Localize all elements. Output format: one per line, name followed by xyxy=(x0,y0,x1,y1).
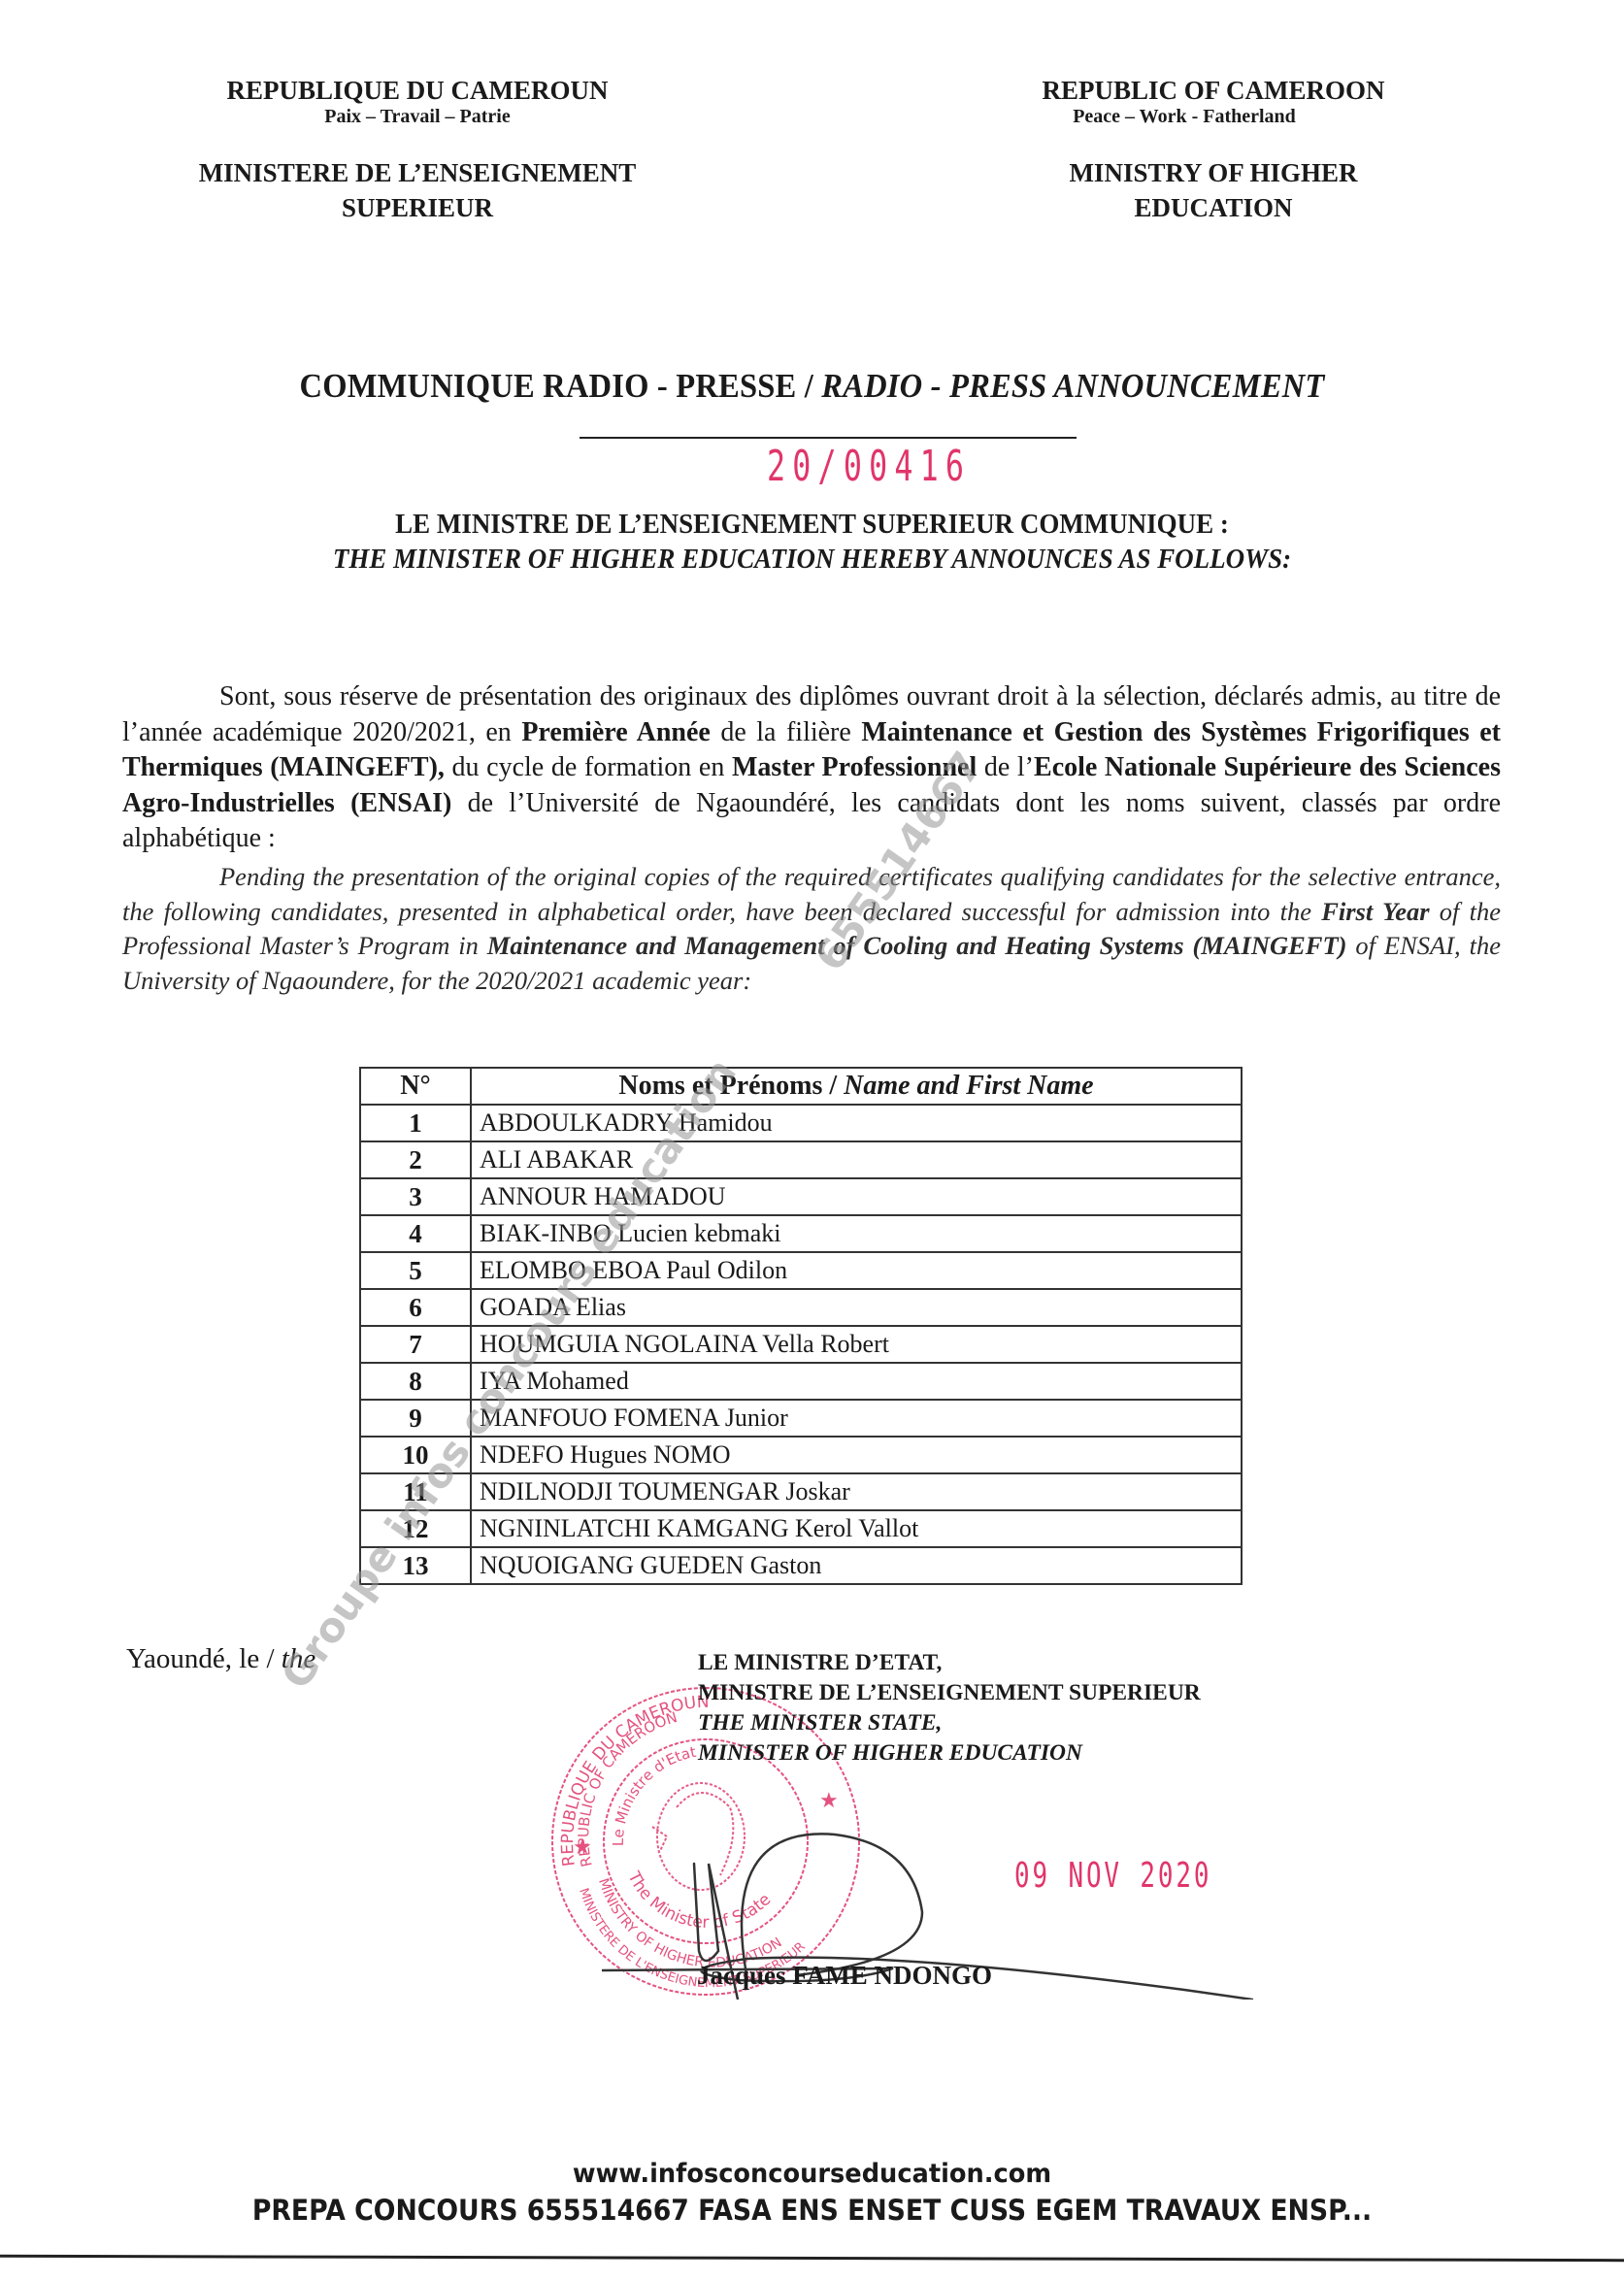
candidate-number: 2 xyxy=(360,1141,471,1178)
table-row: 1ABDOULKADRY Hamidou xyxy=(360,1105,1242,1141)
table-header-row: N° Noms et Prénoms / Name and First Name xyxy=(360,1068,1242,1105)
signatory-title-en-1: THE MINISTER STATE, xyxy=(698,1708,1201,1738)
candidate-number: 3 xyxy=(360,1178,471,1215)
candidate-name: NDEFO Hugues NOMO xyxy=(471,1437,1242,1473)
body-paragraph-en: Pending the presentation of the original… xyxy=(122,860,1501,998)
announcement-heading-fr: LE MINISTRE DE L’ENSEIGNEMENT SUPERIEUR … xyxy=(57,509,1568,541)
communique-title-en: RADIO - PRESS ANNOUNCEMENT xyxy=(821,367,1324,405)
announcement-heading-en: THE MINISTER OF HIGHER EDUCATION HEREBY … xyxy=(57,544,1568,576)
motto-fr: Paix – Travail – Patrie xyxy=(146,106,689,128)
communique-title: COMMUNIQUE RADIO - PRESSE / RADIO - PRES… xyxy=(57,367,1568,406)
candidate-name: NQUOIGANG GUEDEN Gaston xyxy=(471,1547,1242,1584)
candidate-number: 4 xyxy=(360,1215,471,1252)
candidate-name: NDILNODJI TOUMENGAR Joskar xyxy=(471,1473,1242,1510)
ministry-name-en-line2: EDUCATION xyxy=(971,190,1456,225)
candidates-table: N° Noms et Prénoms / Name and First Name… xyxy=(359,1067,1243,1585)
candidate-name: NGNINLATCHI KAMGANG Kerol Vallot xyxy=(471,1510,1242,1547)
communique-title-fr: COMMUNIQUE RADIO - PRESSE / xyxy=(300,367,822,405)
candidate-number: 8 xyxy=(360,1363,471,1400)
footer-rule xyxy=(0,2255,1624,2262)
column-header-number: N° xyxy=(360,1068,471,1105)
ministry-name-fr-line2: SUPERIEUR xyxy=(146,190,689,225)
table-row: 12NGNINLATCHI KAMGANG Kerol Vallot xyxy=(360,1510,1242,1547)
table-row: 10NDEFO Hugues NOMO xyxy=(360,1437,1242,1473)
table-row: 6GOADA Elias xyxy=(360,1289,1242,1326)
ministry-name-en-line1: MINISTRY OF HIGHER xyxy=(971,155,1456,190)
table-row: 13NQUOIGANG GUEDEN Gaston xyxy=(360,1547,1242,1584)
signatory-title-en-2: MINISTER OF HIGHER EDUCATION xyxy=(698,1738,1201,1769)
table-row: 5ELOMBO EBOA Paul Odilon xyxy=(360,1252,1242,1289)
candidate-number: 5 xyxy=(360,1252,471,1289)
candidate-name: IYA Mohamed xyxy=(471,1363,1242,1400)
body-paragraph-fr: Sont, sous réserve de présentation des o… xyxy=(122,679,1501,857)
candidate-name: ABDOULKADRY Hamidou xyxy=(471,1105,1242,1141)
footer-website: www.infosconcourseducation.com xyxy=(41,2159,1583,2189)
candidate-number: 7 xyxy=(360,1326,471,1363)
ministry-name-fr-line1: MINISTERE DE L’ENSEIGNEMENT xyxy=(146,155,689,190)
table-row: 2ALI ABAKAR xyxy=(360,1141,1242,1178)
column-header-name: Noms et Prénoms / Name and First Name xyxy=(471,1068,1242,1105)
candidate-name: MANFOUO FOMENA Junior xyxy=(471,1400,1242,1437)
signatory-title-fr-2: MINISTRE DE L’ENSEIGNEMENT SUPERIEUR xyxy=(698,1678,1201,1708)
candidate-name: HOUMGUIA NGOLAINA Vella Robert xyxy=(471,1326,1242,1363)
signatory-block: LE MINISTRE D’ETAT, MINISTRE DE L’ENSEIG… xyxy=(698,1648,1201,1769)
country-name-en: REPUBLIC OF CAMEROON xyxy=(971,76,1456,106)
reference-rule xyxy=(580,437,1077,439)
table-row: 3ANNOUR HAMADOU xyxy=(360,1178,1242,1215)
table-row: 4BIAK-INBO Lucien kebmaki xyxy=(360,1215,1242,1252)
candidate-number: 6 xyxy=(360,1289,471,1326)
candidate-name: ANNOUR HAMADOU xyxy=(471,1178,1242,1215)
reference-number-stamp: 20/00416 xyxy=(767,442,971,491)
signatory-title-fr-1: LE MINISTRE D’ETAT, xyxy=(698,1648,1201,1678)
header-left: REPUBLIQUE DU CAMEROUN Paix – Travail – … xyxy=(146,76,689,225)
svg-text:★: ★ xyxy=(573,1835,592,1860)
signer-name: Jacques FAME NDONGO xyxy=(697,1961,992,1991)
header-right: REPUBLIC OF CAMEROON Peace – Work - Fath… xyxy=(971,76,1456,225)
table-row: 11NDILNODJI TOUMENGAR Joskar xyxy=(360,1473,1242,1510)
footer-promo: PREPA CONCOURS 655514667 FASA ENS ENSET … xyxy=(65,2194,1559,2227)
candidate-name: ALI ABAKAR xyxy=(471,1141,1242,1178)
country-name-fr: REPUBLIQUE DU CAMEROUN xyxy=(146,76,689,106)
motto-en: Peace – Work - Fatherland xyxy=(971,106,1456,128)
candidate-number: 1 xyxy=(360,1105,471,1141)
